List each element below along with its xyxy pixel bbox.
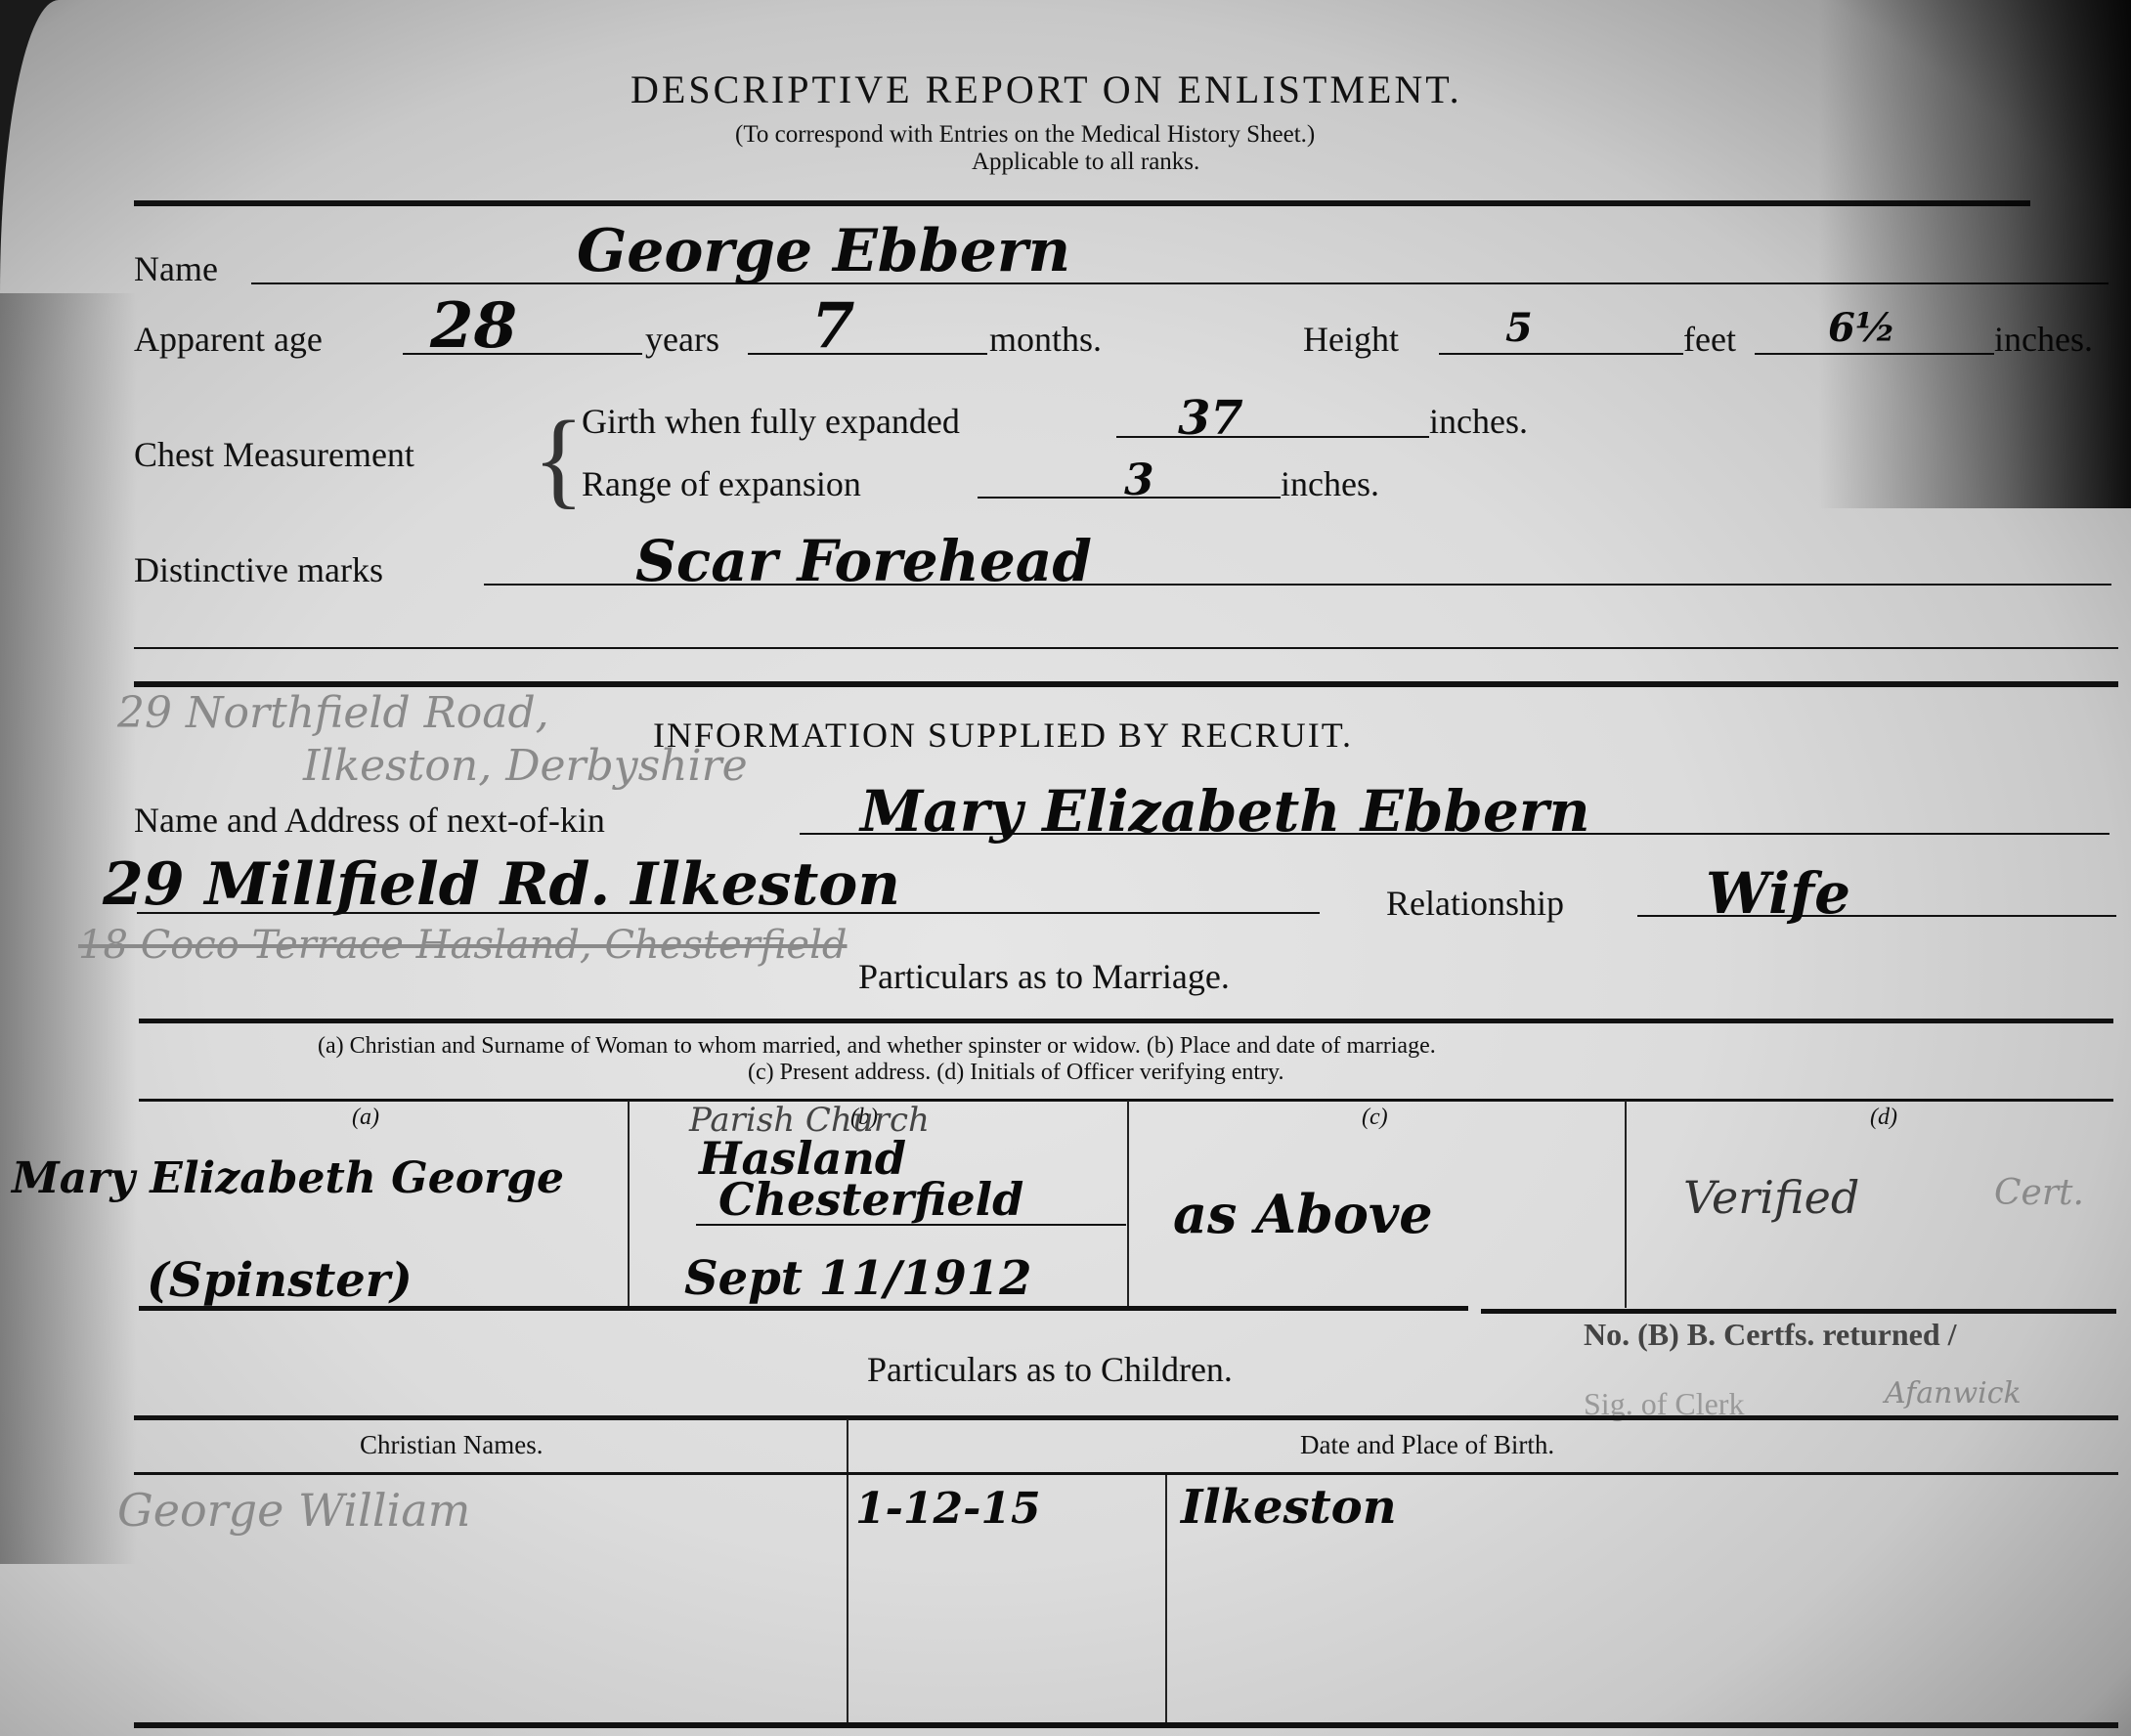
height-inches-value: 6½ [1828,305,1896,351]
marriage-b-date: Sept 11/1912 [684,1251,1032,1306]
name-line [251,282,2109,284]
marriage-b-place-2: Chesterfield [718,1173,1023,1226]
age-label: Apparent age [134,319,323,360]
marriage-rule-bottom [139,1306,1468,1311]
section-rule [134,681,2118,687]
marks-label: Distinctive marks [134,549,383,590]
height-inches-line [1755,353,1994,355]
marks-value: Scar Forehead [635,528,1092,594]
height-feet-line [1439,353,1683,355]
marriage-instructions-1: (a) Christian and Surname of Woman to wh… [318,1033,1436,1060]
marriage-rule-bottom-right [1481,1309,2116,1314]
marriage-a-name: Mary Elizabeth George [12,1153,564,1203]
years-label: years [645,319,719,360]
children-rule-top [134,1415,2118,1420]
range-value: 3 [1124,456,1154,505]
marriage-b-underline [696,1224,1126,1226]
children-rule-header [134,1472,2118,1475]
marriage-col-divider-3 [1625,1101,1627,1308]
marriage-d-note: Cert. [1994,1173,2084,1213]
girth-unit: inches. [1429,401,1528,442]
marriage-rule-cols [139,1099,2113,1102]
col-a-label: (a) [352,1105,379,1131]
nok-address-value: 29 Millfield Rd. Ilkeston [103,850,900,919]
inches-label: inches. [1994,319,2093,360]
marriage-col-divider-2 [1127,1101,1129,1308]
chest-label: Chest Measurement [134,434,414,475]
recruit-info-heading: INFORMATION SUPPLIED BY RECRUIT. [653,715,1353,756]
relationship-value: Wife [1706,860,1850,927]
header-rule [134,200,2030,206]
chest-brace-icon: { [533,405,585,512]
name-value: George Ebbern [577,217,1070,285]
col-d-label: (d) [1870,1105,1897,1131]
blank-line [134,647,2118,649]
children-heading: Particulars as to Children. [867,1349,1233,1390]
children-col-divider-2 [1165,1472,1167,1724]
child-birth-date: 1-12-15 [855,1484,1041,1534]
age-years-value: 28 [430,289,517,363]
child-name: George William [117,1484,470,1537]
marriage-c-address: as Above [1173,1183,1433,1245]
children-col-names: Christian Names. [360,1430,543,1460]
child-birth-place: Ilkeston [1181,1480,1397,1535]
col-c-label: (c) [1362,1105,1388,1131]
months-label: months. [989,319,1102,360]
age-months-value: 7 [811,289,855,363]
stamp-certificates-returned: No. (B) B. Certfs. returned / [1584,1317,1957,1353]
form-subtitle-2: Applicable to all ranks. [972,149,1199,176]
children-col-divider-1 [847,1419,848,1724]
girth-label: Girth when fully expanded [582,401,960,442]
clerk-signature: Afanwick [1885,1376,2022,1410]
name-label: Name [134,248,218,289]
marriage-d-initials: Verified [1683,1171,1859,1224]
faint-struck-address: 18 Coco Terrace Hasland, Chesterfield [78,923,848,968]
marriage-heading: Particulars as to Marriage. [858,956,1230,997]
form-title: DESCRIPTIVE REPORT ON ENLISTMENT. [631,66,1462,112]
feet-label: feet [1683,319,1736,360]
relationship-label: Relationship [1386,883,1564,924]
marriage-a-status: (Spinster) [147,1253,413,1308]
range-unit: inches. [1281,463,1379,504]
children-rule-bottom [134,1722,2118,1728]
range-label: Range of expansion [582,463,861,504]
nok-label: Name and Address of next-of-kin [134,800,605,841]
height-label: Height [1303,319,1399,360]
form-subtitle: (To correspond with Entries on the Medic… [735,121,1315,149]
marriage-col-divider-1 [628,1101,630,1308]
girth-value: 37 [1178,391,1243,446]
children-col-birth: Date and Place of Birth. [1300,1430,1554,1460]
marriage-instructions-2: (c) Present address. (d) Initials of Off… [748,1060,1283,1086]
faint-old-address-1: 29 Northfield Road, [117,688,549,738]
age-months-line [748,353,987,355]
height-feet-value: 5 [1505,305,1533,351]
girth-line [1116,436,1429,438]
marriage-rule-top [139,1019,2113,1023]
nok-name-value: Mary Elizabeth Ebbern [860,778,1590,845]
